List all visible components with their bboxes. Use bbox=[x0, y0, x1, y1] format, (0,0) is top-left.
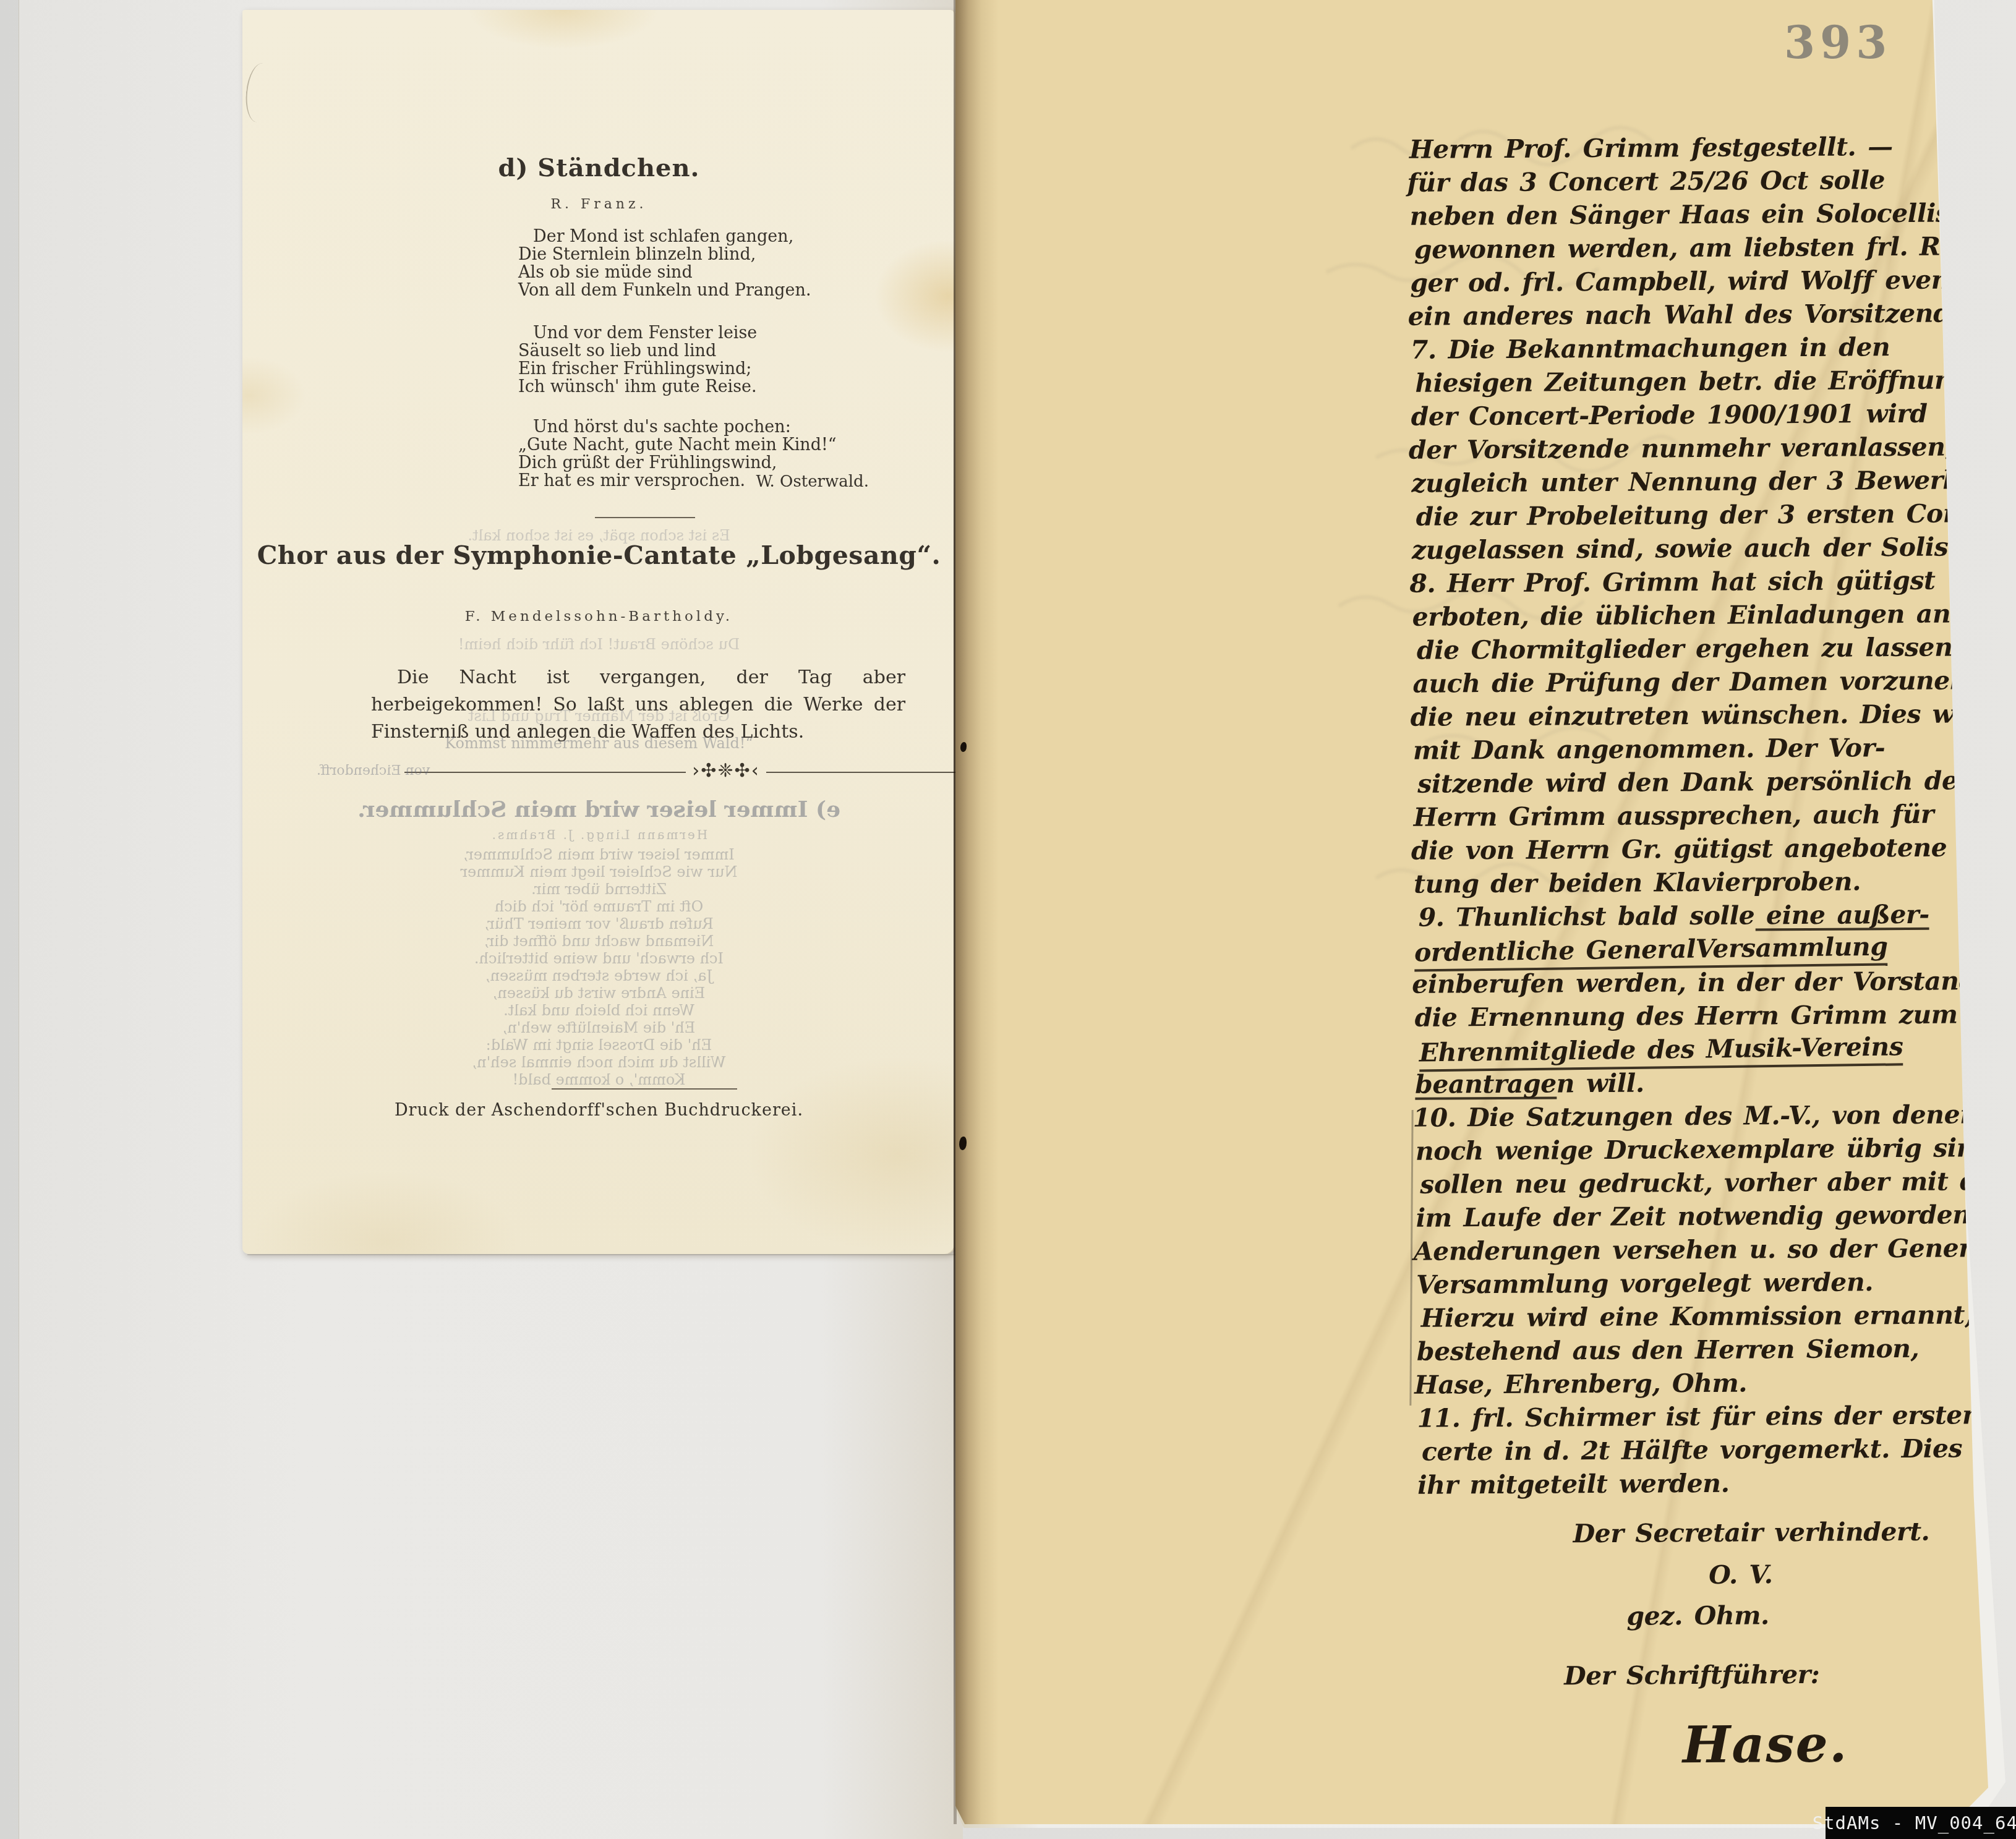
manuscript-line: Herrn Prof. Grimm festgestellt. — bbox=[1409, 129, 1978, 166]
manuscript-line: gewonnen werden, am liebsten frl. Rueg- bbox=[1414, 229, 1983, 267]
song-d-heading: d) Ständchen. bbox=[242, 153, 955, 182]
manuscript-line-underlined: ordentliche GeneralVersammlung bbox=[1414, 931, 1983, 968]
manuscript-line-item-10: 10. Die Satzungen des M.-V., von denen n… bbox=[1412, 1098, 1981, 1135]
showthrough-fragment: Groß ist der Männer Trug und List bbox=[242, 707, 955, 725]
manuscript-line: die Chormitglieder ergehen zu lassen u. bbox=[1417, 630, 1986, 667]
printed-programme-sheet: d) Ständchen. R. Franz. Der Mond ist sch… bbox=[242, 10, 955, 1254]
gutter-shadow bbox=[955, 0, 999, 1824]
showthrough-line: Eh' die Drossel singt im Wald: bbox=[242, 1036, 955, 1054]
manuscript-line-item-8: 8. Herr Prof. Grimm hat sich gütigst bbox=[1409, 563, 1978, 600]
manuscript-line: sitzende wird den Dank persönlich den bbox=[1417, 764, 1986, 801]
closing-gez-ohm: gez. Ohm. bbox=[1626, 1597, 1991, 1643]
stanza-line: „Gute Nacht, gute Nacht mein Kind!“ bbox=[518, 436, 837, 454]
manuscript-line: mit Dank angenommen. Der Vor- bbox=[1413, 730, 1982, 767]
showthrough-line: Eh' die Maienlüfte weh'n, bbox=[242, 1019, 955, 1036]
manuscript-page: 393 Herrn Prof. Grimm festgestellt. — fü… bbox=[955, 0, 1988, 1824]
showthrough-eichendorff: von Eichendorff. bbox=[317, 763, 430, 779]
showthrough-line: Oft im Traume hör' ich dich bbox=[242, 898, 955, 915]
manuscript-line: zugleich unter Nennung der 3 Bewerber, bbox=[1411, 463, 1980, 500]
manuscript-line: Herrn Grimm aussprechen, auch für bbox=[1413, 797, 1982, 834]
manuscript-line: der Concert-Periode 1900/1901 wird bbox=[1411, 396, 1980, 433]
manuscript-text: Herrn Prof. Grimm festgestellt. — für da… bbox=[1409, 129, 1988, 1784]
stanza-line: Ein frischer Frühlingswind; bbox=[518, 360, 757, 378]
left-page-bottom-edge bbox=[247, 1254, 955, 1255]
manuscript-line: auch die Prüfung der Damen vorzunehmen, bbox=[1412, 663, 1981, 701]
manuscript-line: einberufen werden, in der der Vorstand bbox=[1412, 964, 1981, 1001]
manuscript-line: Hase, Ehrenberg, Ohm. bbox=[1414, 1365, 1983, 1402]
manuscript-line: neben den Sänger Haas ein Solocellist bbox=[1410, 196, 1979, 233]
stanza-line: Und vor dem Fenster leise bbox=[518, 324, 757, 342]
showthrough-line: Rufen drauß' vor meiner Thür, bbox=[242, 915, 955, 932]
stanza-line: Und hörst du's sachte pochen: bbox=[518, 418, 837, 436]
manuscript-line: ihr mitgeteilt werden. bbox=[1417, 1465, 1986, 1502]
manuscript-line: Aenderungen versehen u. so der General- bbox=[1414, 1231, 1983, 1268]
showthrough-line: Zitternd über mir. bbox=[242, 881, 955, 898]
stanza-line: Als ob sie müde sind bbox=[518, 263, 811, 281]
manuscript-line: die Ernennung des Herrn Grimm zum bbox=[1414, 997, 1983, 1035]
showthrough-line: Immer leiser wird mein Schlummer, bbox=[242, 846, 955, 863]
ornament-divider: ›✣❈✣‹ bbox=[404, 760, 1048, 785]
manuscript-line: sollen neu gedruckt, vorher aber mit den bbox=[1420, 1164, 1989, 1201]
manuscript-line: für das 3 Concert 25/26 Oct solle bbox=[1407, 163, 1976, 200]
chor-text: Die Nacht ist vergangen, der Tag aber he… bbox=[371, 664, 905, 746]
manuscript-line: bestehend aus den Herren Siemon, bbox=[1417, 1331, 1986, 1368]
manuscript-line-item-9: 9. Thunlichst bald solle eine außer- bbox=[1418, 897, 1987, 934]
imprint-rule bbox=[552, 1088, 737, 1090]
song-d-poet-attribution: W. Osterwald. bbox=[756, 472, 869, 491]
page-number: 393 bbox=[1784, 16, 1892, 69]
archive-scan: { "page_number": "393", "archive_label":… bbox=[0, 0, 2016, 1839]
printer-imprint: Druck der Aschendorff'schen Buchdruckere… bbox=[242, 1101, 955, 1120]
stanza-line: Ich wünsch' ihm gute Reise. bbox=[518, 378, 757, 396]
manuscript-line: erboten, die üblichen Einladungen an bbox=[1412, 597, 1981, 634]
showthrough-song-e-poem: Immer leiser wird mein Schlummer, Nur wi… bbox=[242, 846, 955, 1088]
signature-hase: Hase. bbox=[1682, 1712, 1986, 1782]
stanza-line: Säuselt so lieb und lind bbox=[518, 342, 757, 360]
manuscript-line: der Vorsitzende nunmehr veranlassen, bbox=[1409, 430, 1978, 467]
showthrough-line: Niemand wacht und öffnet dir, bbox=[242, 932, 955, 950]
showthrough-line: Willst du mich noch einmal seh'n, bbox=[242, 1054, 955, 1071]
showthrough-line: Nur wie Schleier liegt mein Kummer bbox=[242, 863, 955, 881]
showthrough-line: Komm', o komme bald! bbox=[242, 1071, 955, 1088]
manuscript-line: certe in d. 2t Hälfte vorgemerkt. Dies s… bbox=[1422, 1432, 1991, 1469]
closing-schriftfuehrer: Der Schriftführer: bbox=[1564, 1657, 1988, 1712]
manuscript-line: zugelassen sind, sowie auch der Solisten… bbox=[1412, 530, 1981, 567]
manuscript-line: hiesigen Zeitungen betr. die Eröffnung bbox=[1415, 363, 1984, 400]
song-d-composer: R. Franz. bbox=[242, 197, 955, 212]
manuscript-line: ein anderes nach Wahl des Vorsitzenden. bbox=[1408, 296, 1977, 333]
archive-reference-label: StdAMs - MV_004_641 bbox=[1826, 1807, 2016, 1839]
stanza-line: Der Mond ist schlafen gangen, bbox=[518, 228, 811, 245]
showthrough-song-e-caption: Hermann Lingg. J. Brahms. bbox=[242, 827, 955, 842]
chor-heading: Chor aus der Symphonie-Cantate „Lobgesan… bbox=[242, 540, 955, 570]
manuscript-line-item-7: 7. Die Bekanntmachungen in den bbox=[1411, 330, 1980, 367]
showthrough-last-line: Kommst nimmermehr aus diesem Wald!“ bbox=[242, 735, 955, 752]
paper-corner-curl bbox=[243, 62, 276, 124]
closing-secretary-note: Der Secretair verhindert. bbox=[1573, 1514, 1984, 1550]
manuscript-line: noch wenige Druckexemplare übrig sind, bbox=[1416, 1131, 1984, 1168]
manuscript-line: Versammlung vorgelegt werden. bbox=[1416, 1265, 1985, 1302]
song-d-stanza-1: Der Mond ist schlafen gangen, Die Sternl… bbox=[518, 228, 811, 299]
showthrough-line: Ich erwach' und weine bitterlich. bbox=[242, 950, 955, 967]
manuscript-line: die von Herrn Gr. gütigst angebotene Lei… bbox=[1411, 830, 1980, 868]
closing-initials: O. V. bbox=[1709, 1556, 1987, 1599]
stanza-line: Die Sternlein blinzeln blind, bbox=[518, 245, 811, 263]
manuscript-line-item-11: 11. frl. Schirmer ist für eins der erste… bbox=[1417, 1398, 1986, 1435]
section-divider-rule bbox=[595, 517, 695, 518]
stanza-line: Von all dem Funkeln und Prangen. bbox=[518, 281, 811, 299]
divider-bar-left bbox=[404, 772, 686, 773]
manuscript-line-underlined: Ehrenmitgliede des Musik-Vereins bbox=[1419, 1031, 1988, 1068]
showthrough-song-e-heading: e) Immer leiser wird mein Schlummer. bbox=[242, 796, 955, 822]
manuscript-line: die neu einzutreten wünschen. Dies wird bbox=[1410, 697, 1979, 734]
stanza-line: Dich grüßt der Frühlingswind, bbox=[518, 454, 837, 472]
margin-pencil-mark bbox=[1409, 1110, 1413, 1406]
manuscript-line: Hierzu wird eine Kommission ernannt, bbox=[1420, 1298, 1989, 1335]
manuscript-line: im Laufe der Zeit notwendig gewordenen bbox=[1416, 1198, 1984, 1235]
song-d-stanza-2: Und vor dem Fenster leise Säuselt so lie… bbox=[518, 324, 757, 396]
showthrough-line: Ja, ich werde sterben müssen, bbox=[242, 967, 955, 984]
showthrough-line: Wenn ich bleich und kalt. bbox=[242, 1002, 955, 1019]
showthrough-fragment: Du schöne Braut! Ich führ dich heim! bbox=[242, 636, 955, 653]
showthrough-line: Eine Andre wirst du küssen, bbox=[242, 984, 955, 1002]
chor-composer: F. Mendelssohn-Bartholdy. bbox=[242, 608, 955, 625]
manuscript-line: tung der beiden Klavierproben. bbox=[1414, 864, 1983, 901]
archive-reference-text: StdAMs - MV_004_641 bbox=[1813, 1812, 2016, 1833]
manuscript-line: die zur Probeleitung der 3 ersten Concer… bbox=[1416, 497, 1984, 534]
printers-flower-ornament: ›✣❈✣‹ bbox=[692, 760, 759, 782]
manuscript-line: ger od. frl. Campbell, wird Wolff event bbox=[1410, 263, 1979, 300]
